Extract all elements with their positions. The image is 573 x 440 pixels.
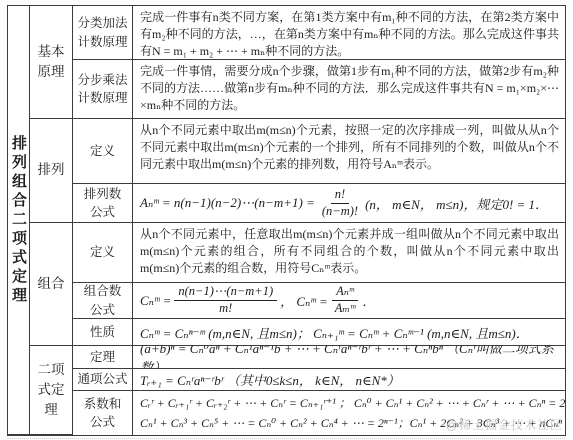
- permutation-formula-fraction: n!(n−m)!: [318, 188, 362, 219]
- row-label-theorem: 定理: [73, 346, 133, 369]
- section-permutation: 排列: [30, 119, 73, 223]
- permutation-formula-right: (n， m∈N， m≤n)，规定0! = 1．: [365, 194, 548, 213]
- row-label-coefficient-sum: 系数和 公式: [73, 391, 133, 435]
- combination-formula-fraction-1: n(n−1)⋯(n−m+1)m!: [174, 285, 277, 316]
- row-label-step-multiplication: 分步乘法 计数原理: [73, 60, 133, 119]
- row-label-general-term: 通项公式: [73, 369, 133, 391]
- permutation-formula-left: Aₙᵐ = n(n−1)(n−2)⋯(n−m+1) =: [140, 195, 315, 211]
- formula-table: 排列组合二项式定理 基本 原理 排列 组合 二项 式定 理 分类加法 计数原理 …: [7, 5, 566, 436]
- fraction-numerator: Aₙᵐ: [332, 285, 358, 301]
- combination-formula-left: Cₙᵐ =: [140, 293, 171, 309]
- content-classification-addition: 完成一件事有n类不同方案，在第1类方案中有m₁种不同的方法，在第2类方案中有m₂…: [133, 6, 565, 60]
- row-label-combination-formula: 组合数 公式: [73, 283, 133, 319]
- row-label-permutation-definition: 定义: [73, 119, 133, 184]
- fraction-denominator: Aₘᵐ: [331, 301, 360, 316]
- row-label-combination-definition: 定义: [73, 223, 133, 283]
- content-step-multiplication: 完成一件事情，需要分成n个步骤，做第1步有m₁种不同的方法，做第2步有m₂种不同…: [133, 60, 565, 119]
- chapter-title-vertical: 排列组合二项式定理: [8, 6, 30, 435]
- combination-formula-fraction-2: AₙᵐAₘᵐ: [331, 285, 360, 316]
- section-basic-principles: 基本 原理: [30, 6, 73, 119]
- content-combination-formula: Cₙᵐ = n(n−1)⋯(n−m+1)m!， Cₙᵐ = AₙᵐAₘᵐ．: [133, 283, 565, 319]
- content-properties: Cₙᵐ = Cₙⁿ⁻ᵐ (m,n∈N, 且m≤n)； Cₙ₊₁ᵐ = Cₙᵐ +…: [133, 319, 565, 346]
- combination-formula-right: ．: [362, 291, 375, 310]
- content-permutation-definition: 从n个不同元素中取出m(m≤n)个元素，按照一定的次序排成一列，叫做从从n个不同…: [133, 119, 565, 184]
- content-combination-definition: 从n个不同元素中，任意取出m(m≤n)个元素并成一组叫做从n个不同元素中取出m(…: [133, 223, 565, 283]
- row-label-classification-addition: 分类加法 计数原理: [73, 6, 133, 60]
- coefficient-sum-line-1: Cᵣʳ + Cᵣ₊₁ʳ + Cᵣ₊₂ʳ + ⋯ + Cₙʳ = Cₙ₊₁ʳ⁺¹ …: [140, 393, 559, 413]
- row-label-properties: 性质: [73, 319, 133, 346]
- section-combination: 组合: [30, 223, 73, 346]
- fraction-denominator: m!: [215, 301, 236, 316]
- fraction-numerator: n!: [331, 188, 349, 204]
- fraction-denominator: (n−m)!: [318, 204, 362, 219]
- section-binomial-theorem: 二项 式定 理: [30, 346, 73, 435]
- content-general-term-formula: Tᵣ₊₁ = Cₙʳaⁿ⁻ʳbʳ （其中0≤k≤n， k∈N， n∈N*）: [133, 369, 565, 391]
- fraction-numerator: n(n−1)⋯(n−m+1): [174, 285, 277, 301]
- combination-formula-middle: ， Cₙᵐ =: [280, 291, 328, 310]
- page-bottom-edge-line: [7, 438, 565, 439]
- content-coefficient-sum-formulas: Cᵣʳ + Cᵣ₊₁ʳ + Cᵣ₊₂ʳ + ⋯ + Cₙʳ = Cₙ₊₁ʳ⁺¹ …: [133, 391, 565, 435]
- content-binomial-theorem: (a+b)ⁿ = Cₙ⁰aⁿ + Cₙ¹aⁿ⁻¹b + ⋯ + Cₙʳaⁿ⁻ʳb…: [133, 346, 565, 369]
- page-background: 排列组合二项式定理 基本 原理 排列 组合 二项 式定 理 分类加法 计数原理 …: [0, 0, 573, 440]
- content-permutation-formula: Aₙᵐ = n(n−1)(n−2)⋯(n−m+1) = n!(n−m)!(n， …: [133, 184, 565, 223]
- coefficient-sum-line-2: Cₙ¹ + Cₙ³ + Cₙ⁵ + ⋯ = Cₙ⁰ + Cₙ² + Cₙ⁴ + …: [140, 413, 559, 433]
- row-label-permutation-formula: 排列数 公式: [73, 184, 133, 223]
